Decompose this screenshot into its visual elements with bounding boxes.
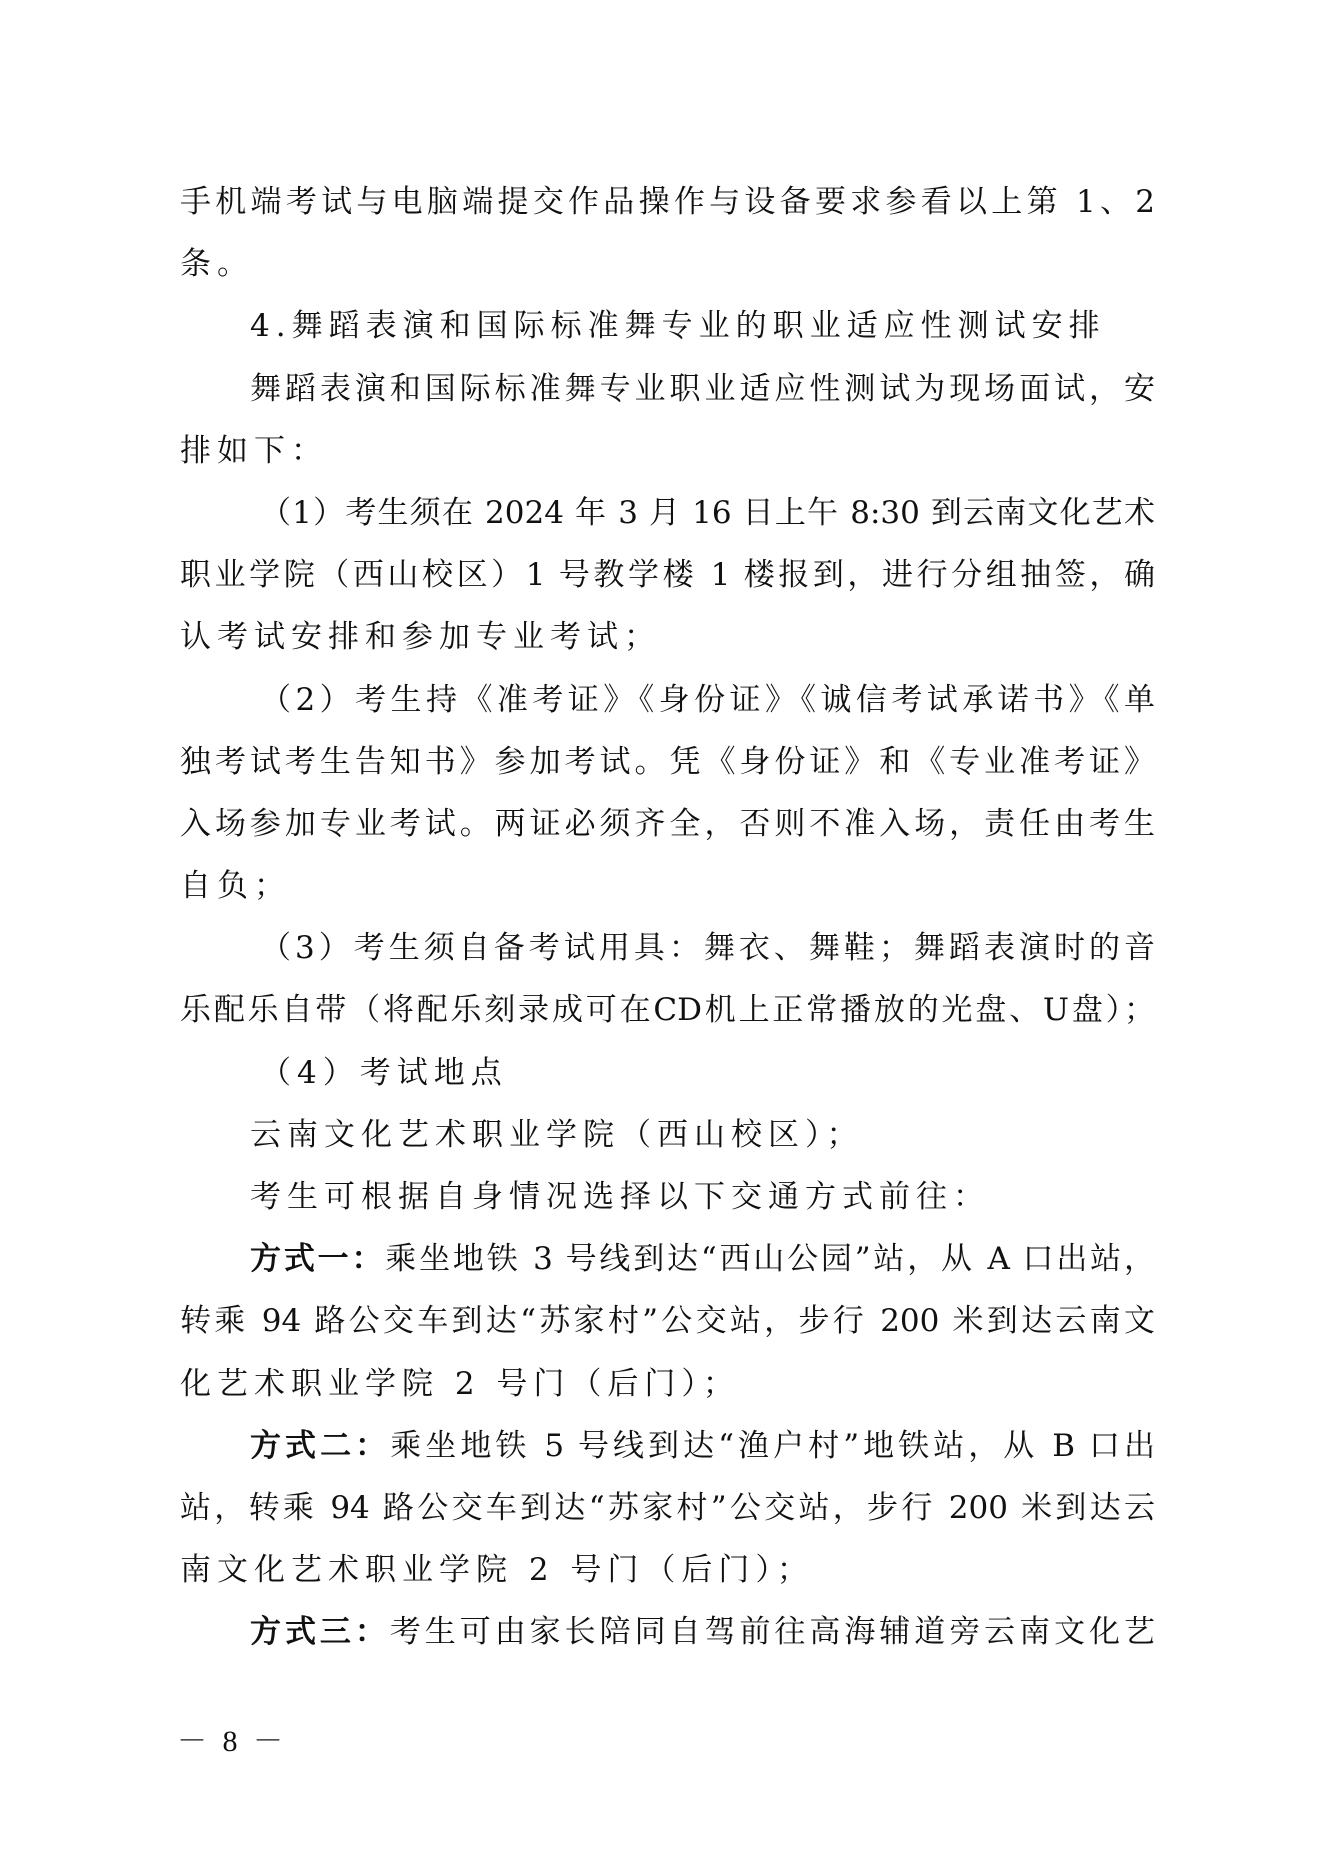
page-number: － 8 － xyxy=(177,1724,287,1760)
transport-option-line: 方式二：乘坐地铁 5 号线到达“渔户村”地铁站，从 B 口出 xyxy=(180,1415,1155,1477)
transport-option-line: 南文化艺术职业学院 2 号门（后门）； xyxy=(180,1539,1155,1601)
transport-option-label: 方式一： xyxy=(250,1241,385,1277)
paragraph-line: 排如下： xyxy=(180,420,1155,482)
transport-option-line: 站，转乘 94 路公交车到达“苏家村”公交站，步行 200 米到达云 xyxy=(180,1477,1155,1539)
transport-option-line: 方式一：乘坐地铁 3 号线到达“西山公园”站，从 A 口出站， xyxy=(180,1228,1155,1290)
list-item-line: （3）考生须自备考试用具：舞衣、舞鞋；舞蹈表演时的音 xyxy=(180,917,1155,979)
list-item-line: 独考试考生告知书》参加考试。凭《身份证》和《专业准考证》 xyxy=(180,731,1155,793)
transport-option-text: 乘坐地铁 3 号线到达“西山公园”站，从 A 口出站， xyxy=(385,1241,1155,1277)
transport-option-label: 方式二： xyxy=(250,1428,390,1464)
document-body: 手机端考试与电脑端提交作品操作与设备要求参看以上第 1、2 条。 4.舞蹈表演和… xyxy=(180,171,1155,1664)
list-item-line: （2）考生持《准考证》《身份证》《诚信考试承诺书》《单 xyxy=(180,669,1155,731)
list-item-line: 认考试安排和参加专业考试； xyxy=(180,606,1155,668)
list-item-line: （1）考生须在 2024 年 3 月 16 日上午 8:30 到云南文化艺术 xyxy=(180,482,1155,544)
list-item-line: 自负； xyxy=(180,855,1155,917)
list-item-line: （4）考试地点 xyxy=(180,1042,1155,1104)
transport-option-line: 方式三：考生可由家长陪同自驾前往高海辅道旁云南文化艺 xyxy=(180,1601,1155,1663)
document-page: 手机端考试与电脑端提交作品操作与设备要求参看以上第 1、2 条。 4.舞蹈表演和… xyxy=(0,0,1323,1871)
paragraph-line: 手机端考试与电脑端提交作品操作与设备要求参看以上第 1、2 xyxy=(180,171,1155,233)
paragraph-line: 条。 xyxy=(180,233,1155,295)
transport-option-line: 化艺术职业学院 2 号门（后门）； xyxy=(180,1353,1155,1415)
list-item-line: 入场参加专业考试。两证必须齐全，否则不准入场，责任由考生 xyxy=(180,793,1155,855)
transport-option-text: 乘坐地铁 5 号线到达“渔户村”地铁站，从 B 口出 xyxy=(390,1428,1155,1464)
paragraph-line: 云南文化艺术职业学院（西山校区）； xyxy=(180,1104,1155,1166)
transport-option-label: 方式三： xyxy=(250,1614,390,1650)
section-heading: 4.舞蹈表演和国际标准舞专业的职业适应性测试安排 xyxy=(180,295,1155,357)
list-item-line: 乐配乐自带（将配乐刻录成可在CD机上正常播放的光盘、U盘）； xyxy=(180,979,1155,1041)
paragraph-line: 舞蹈表演和国际标准舞专业职业适应性测试为现场面试，安 xyxy=(180,358,1155,420)
paragraph-line: 考生可根据自身情况选择以下交通方式前往： xyxy=(180,1166,1155,1228)
list-item-line: 职业学院（西山校区）1 号教学楼 1 楼报到，进行分组抽签，确 xyxy=(180,544,1155,606)
transport-option-text: 考生可由家长陪同自驾前往高海辅道旁云南文化艺 xyxy=(390,1614,1155,1650)
transport-option-line: 转乘 94 路公交车到达“苏家村”公交站，步行 200 米到达云南文 xyxy=(180,1290,1155,1352)
